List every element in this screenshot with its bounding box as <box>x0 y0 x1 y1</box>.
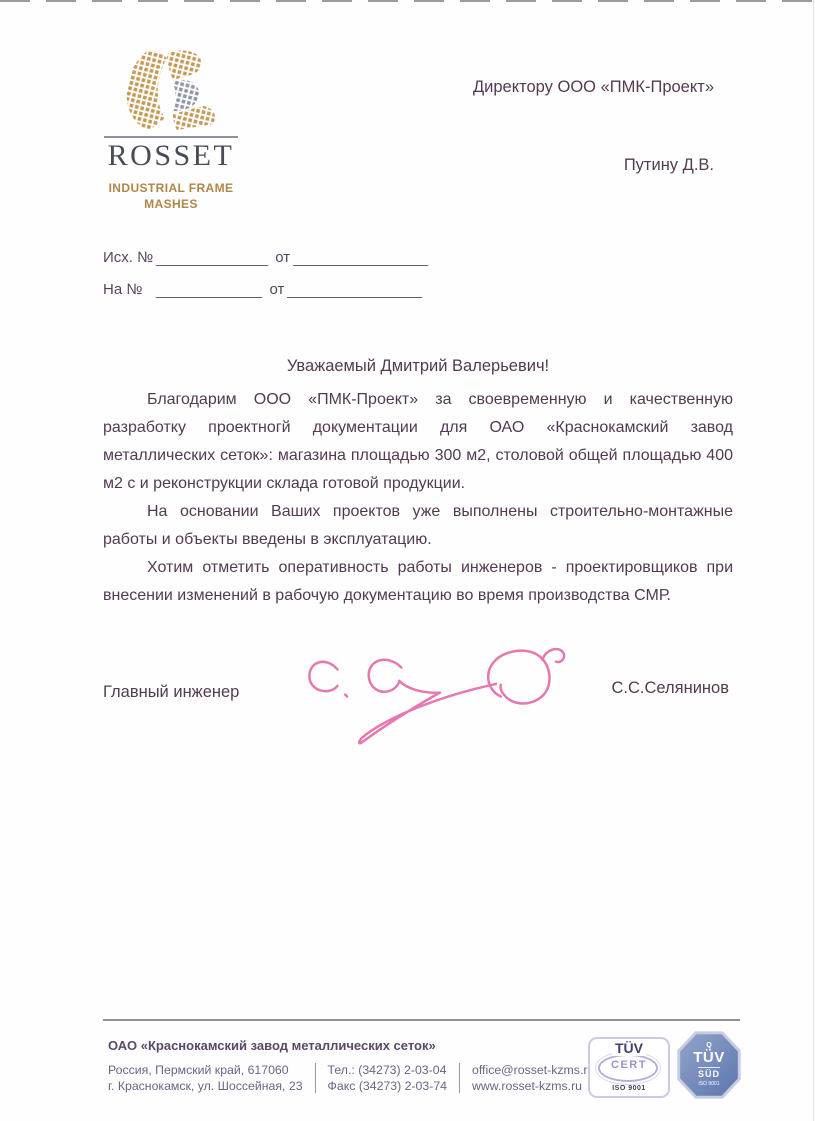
tuv-sud-text-stack: Q TÜV SÜD ISO 9001 <box>676 1030 742 1100</box>
letter-body: Благодарим ООО «ПМК-Проект» за своевреме… <box>103 386 733 610</box>
logo-top-arm-shape <box>167 50 201 80</box>
recipient-title: Директору ООО «ПМК-Проект» <box>473 78 714 97</box>
tuv-sud-tuv-label: TÜV <box>693 1050 725 1065</box>
signer-name: С.С.Селянинов <box>612 679 730 698</box>
handwritten-signature-icon <box>293 640 583 752</box>
brand-name: ROSSET <box>100 139 242 173</box>
footer-column-divider-2 <box>459 1063 460 1093</box>
outgoing-number-blank <box>156 249 268 266</box>
incoming-number-blank <box>156 281 262 298</box>
body-paragraph-2: На основании Ваших проектов уже выполнен… <box>103 498 733 554</box>
footer-fax: Факс (34273) 2-03-74 <box>328 1078 447 1094</box>
outgoing-reference-row: Исх. № от <box>103 249 428 266</box>
tuv-cert-iso9001-badge-icon: TÜV CERT ISO 9001 <box>588 1037 670 1098</box>
tuv-cert-tuv-label: TÜV <box>612 1040 646 1056</box>
signature-stroke-6 <box>542 649 564 662</box>
rosset-mesh-logo-icon <box>115 48 227 132</box>
scan-artifact-top-edge <box>0 0 815 2</box>
footer-address-line1: Россия, Пермский край, 617060 <box>108 1062 303 1078</box>
brand-subtitle: INDUSTRIAL FRAME MASHES <box>100 181 242 212</box>
footer-website: www.rosset-kzms.ru <box>472 1078 594 1094</box>
footer-address-line2: г. Краснокамск, ул. Шоссейная, 23 <box>108 1078 303 1094</box>
outgoing-number-label: Исх. № <box>103 249 153 266</box>
footer-divider <box>103 1019 740 1021</box>
body-paragraph-3: Хотим отметить оперативность работы инже… <box>103 554 733 610</box>
reference-block: Исх. № от На № от <box>103 249 428 313</box>
outgoing-date-blank <box>293 249 428 266</box>
footer-email: office@rosset-kzms.ru <box>472 1062 594 1078</box>
company-logo-block: ROSSET INDUSTRIAL FRAME MASHES <box>100 48 242 212</box>
tuv-cert-cert-text: CERT <box>590 1059 668 1071</box>
footer-web-column: office@rosset-kzms.ru www.rosset-kzms.ru <box>472 1062 594 1094</box>
tuv-cert-iso-text: ISO 9001 <box>590 1085 668 1092</box>
outgoing-date-label: от <box>275 249 290 266</box>
footer-phone-column: Тел.: (34273) 2-03-04 Факс (34273) 2-03-… <box>328 1062 447 1094</box>
incoming-number-label: На № <box>103 281 142 298</box>
logo-divider <box>104 136 238 138</box>
recipient-name: Путину Д.В. <box>624 156 714 175</box>
signer-position: Главный инженер <box>103 683 239 702</box>
tuv-sud-iso-text: ISO 9001 <box>698 1081 719 1088</box>
logo-bowl-shape <box>173 80 199 111</box>
logo-stem-shape <box>127 50 167 130</box>
scanned-letter-page: ROSSET INDUSTRIAL FRAME MASHES Директору… <box>0 0 815 1121</box>
signature-stroke-5 <box>488 651 549 704</box>
tuv-cert-tuv-text: TÜV <box>590 1041 668 1055</box>
incoming-date-blank <box>287 281 422 298</box>
signature-stroke-3 <box>369 660 402 692</box>
footer-contact-columns: Россия, Пермский край, 617060 г. Краснок… <box>108 1062 594 1094</box>
tuv-sud-iso9001-badge-icon: Q TÜV SÜD ISO 9001 <box>676 1030 742 1100</box>
tuv-sud-sud-label: SÜD <box>698 1067 720 1079</box>
incoming-date-label: от <box>269 281 284 298</box>
incoming-reference-row: На № от <box>103 281 428 298</box>
signature-stroke-1 <box>309 662 337 691</box>
footer-company-name: ОАО «Краснокамский завод металлических с… <box>108 1038 436 1053</box>
footer-address-column: Россия, Пермский край, 617060 г. Краснок… <box>108 1062 303 1094</box>
footer-phone: Тел.: (34273) 2-03-04 <box>328 1062 447 1078</box>
scan-artifact-right-edge <box>813 0 814 1121</box>
footer-column-divider-1 <box>315 1063 316 1093</box>
brand-subtitle-line1: INDUSTRIAL FRAME <box>100 181 242 197</box>
signature-stroke-2 <box>345 695 347 697</box>
brand-subtitle-line2: MASHES <box>100 197 242 213</box>
salutation: Уважаемый Дмитрий Валерьевич! <box>103 357 733 376</box>
body-paragraph-1: Благодарим ООО «ПМК-Проект» за своевреме… <box>103 386 733 498</box>
